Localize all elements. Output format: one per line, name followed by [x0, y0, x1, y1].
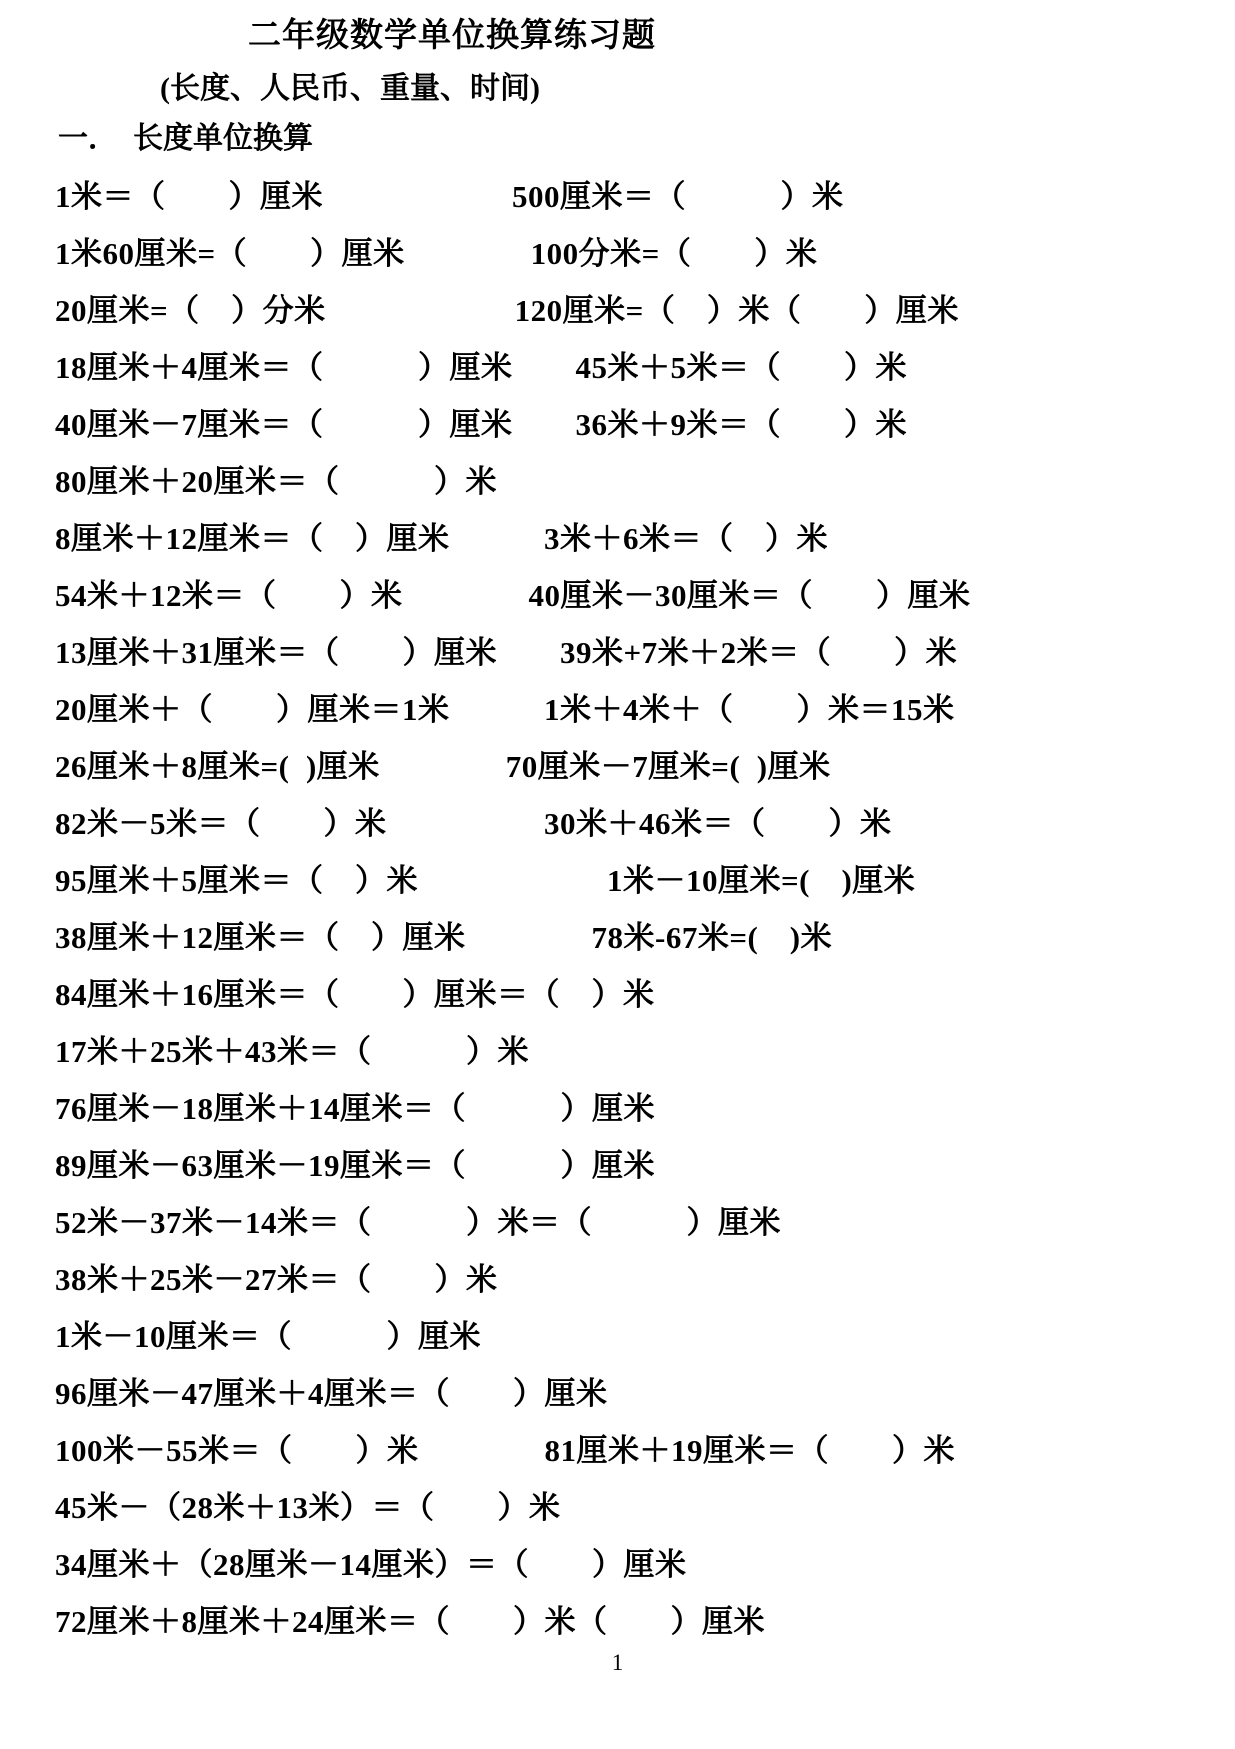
problem-line: 1米－10厘米＝（ ）厘米	[55, 1308, 1215, 1365]
problem-line: 20厘米=（ ）分米 120厘米=（ ）米（ ）厘米	[55, 282, 1215, 339]
problem-line: 8厘米＋12厘米＝（ ）厘米 3米＋6米＝（ ）米	[55, 510, 1215, 567]
problem-line: 84厘米＋16厘米＝（ ）厘米＝（ ）米	[55, 966, 1215, 1023]
worksheet-page: 二年级数学单位换算练习题 (长度、人民币、重量、时间) 一． 长度单位换算 1米…	[0, 0, 1235, 1749]
problem-line: 1米60厘米=（ ）厘米 100分米=（ ）米	[55, 225, 1215, 282]
problem-line: 20厘米＋（ ）厘米＝1米 1米＋4米＋（ ）米＝15米	[55, 681, 1215, 738]
worksheet-title: 二年级数学单位换算练习题	[248, 18, 656, 54]
problem-line: 17米＋25米＋43米＝（ ）米	[55, 1023, 1215, 1080]
problem-line: 54米＋12米＝（ ）米 40厘米－30厘米＝（ ）厘米	[55, 567, 1215, 624]
problem-line: 100米－55米＝（ ）米 81厘米＋19厘米＝（ ）米	[55, 1422, 1215, 1479]
worksheet-subtitle: (长度、人民币、重量、时间)	[160, 72, 540, 105]
problem-list: 1米＝（ ）厘米 500厘米＝（ ）米1米60厘米=（ ）厘米 100分米=（ …	[55, 168, 1215, 1650]
problem-line: 96厘米－47厘米＋4厘米＝（ ）厘米	[55, 1365, 1215, 1422]
section-heading-length-unit-conversion: 一． 长度单位换算	[58, 122, 313, 155]
problem-line: 72厘米＋8厘米＋24厘米＝（ ）米（ ）厘米	[55, 1593, 1215, 1650]
problem-line: 18厘米＋4厘米＝（ ）厘米 45米＋5米＝（ ）米	[55, 339, 1215, 396]
problem-line: 95厘米＋5厘米＝（ ）米 1米－10厘米=( )厘米	[55, 852, 1215, 909]
problem-line: 38米＋25米－27米＝（ ）米	[55, 1251, 1215, 1308]
problem-line: 82米－5米＝（ ）米 30米＋46米＝（ ）米	[55, 795, 1215, 852]
problem-line: 52米－37米－14米＝（ ）米＝（ ）厘米	[55, 1194, 1215, 1251]
problem-line: 80厘米＋20厘米＝（ ）米	[55, 453, 1215, 510]
problem-line: 34厘米＋（28厘米－14厘米）＝（ ）厘米	[55, 1536, 1215, 1593]
problem-line: 89厘米－63厘米－19厘米＝（ ）厘米	[55, 1137, 1215, 1194]
problem-line: 1米＝（ ）厘米 500厘米＝（ ）米	[55, 168, 1215, 225]
problem-line: 40厘米－7厘米＝（ ）厘米 36米＋9米＝（ ）米	[55, 396, 1215, 453]
problem-line: 26厘米＋8厘米=( )厘米 70厘米－7厘米=( )厘米	[55, 738, 1215, 795]
problem-line: 13厘米＋31厘米＝（ ）厘米 39米+7米＋2米＝（ ）米	[55, 624, 1215, 681]
page-number: 1	[0, 1650, 1235, 1675]
problem-line: 45米－（28米＋13米）＝（ ）米	[55, 1479, 1215, 1536]
problem-line: 38厘米＋12厘米＝（ ）厘米 78米-67米=( )米	[55, 909, 1215, 966]
problem-line: 76厘米－18厘米＋14厘米＝（ ）厘米	[55, 1080, 1215, 1137]
